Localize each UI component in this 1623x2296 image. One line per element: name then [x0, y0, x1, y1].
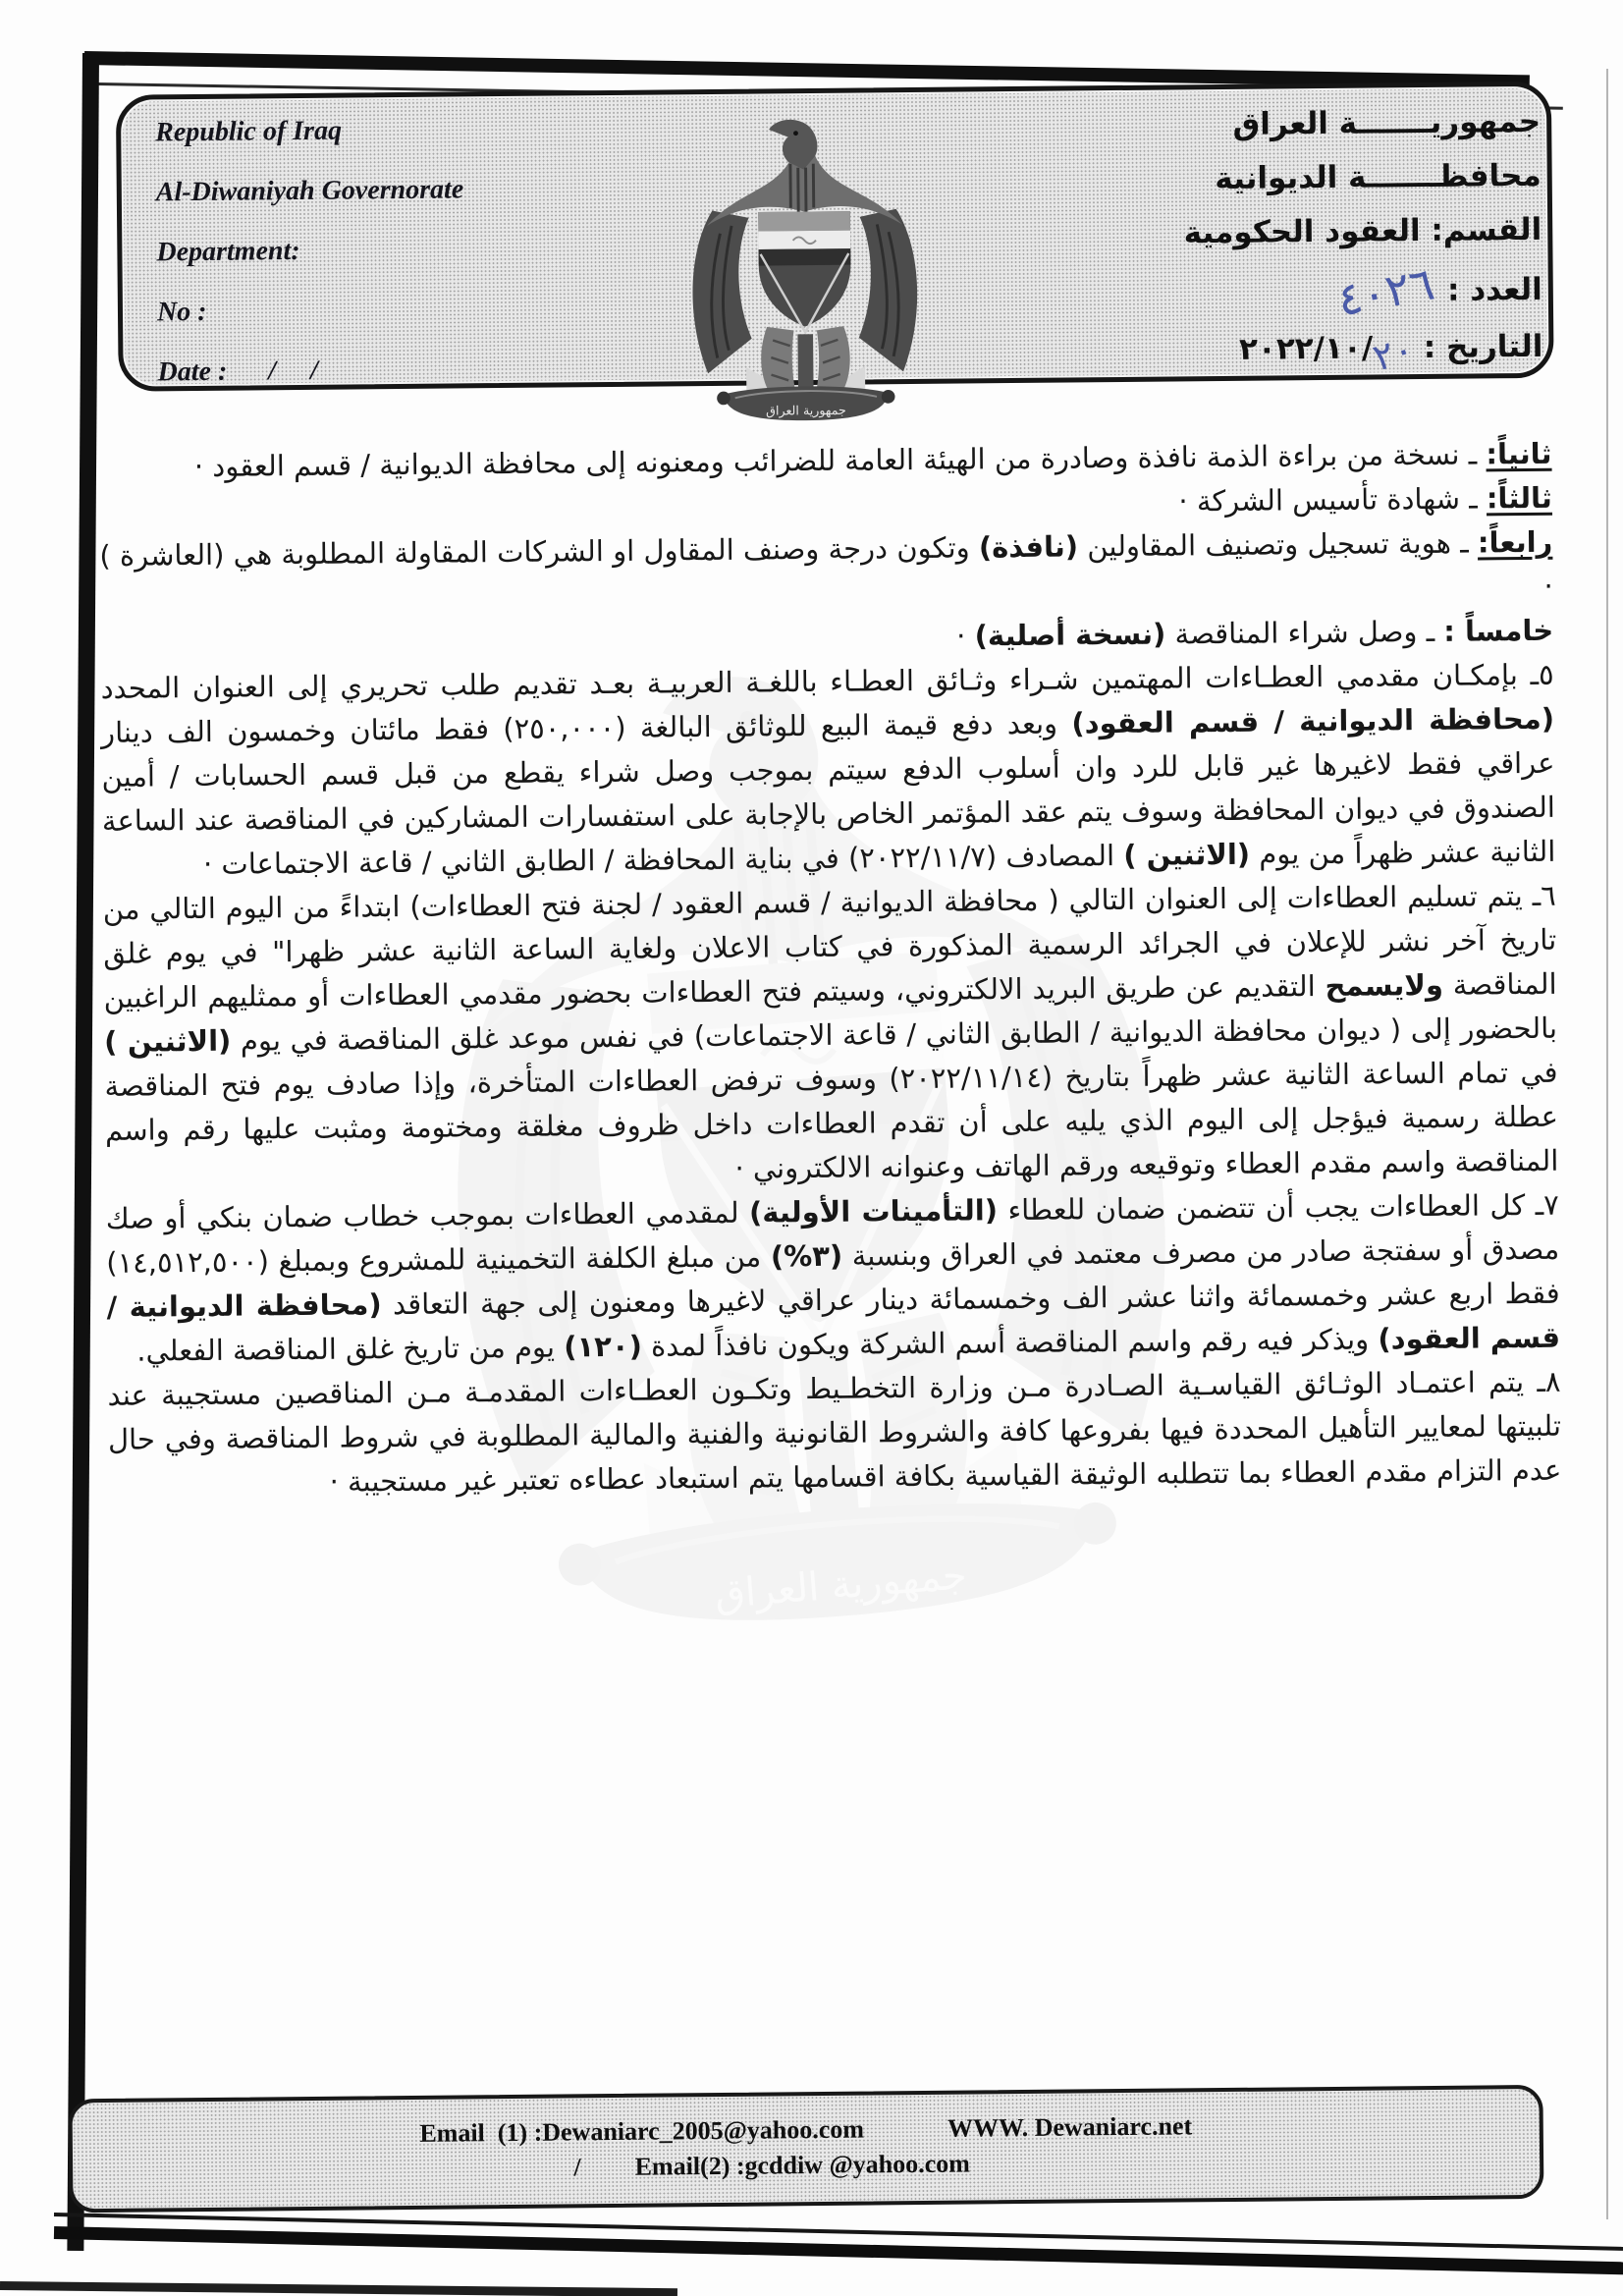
- text-segment: ـ شهادة تأسيس الشركة ·: [1178, 481, 1487, 518]
- paragraph: ٧ـ كل العطاءات يجب أن تتضمن ضمان للعطاء …: [106, 1183, 1561, 1374]
- letterhead-number-line: العدد : ٤٠٢٦: [1184, 265, 1542, 311]
- text-segment: ٨ـ يتم اعتمـاد الوثـائق القياسـية الصـاد…: [107, 1365, 1561, 1499]
- letterhead-date-line: التاريخ : ٢٠٢٢/١٠/٢٠: [1185, 325, 1543, 368]
- paragraph: رابعاً: ـ هوية تسجيل وتصنيف المقاولين (ن…: [99, 520, 1553, 623]
- paragraph: ٥ـ بإمكـان مقدمي العطـاءات المهتمين شـرا…: [100, 653, 1555, 888]
- text-segment: خامساً :: [1443, 614, 1553, 648]
- text-segment: (الاثنين ): [104, 1024, 232, 1059]
- letterhead-date-en: Date : / /: [157, 353, 465, 389]
- text-segment: (التأمينات الأولية): [749, 1193, 998, 1229]
- text-segment: ـ هوية تسجيل وتصنيف المقاولين: [1078, 525, 1478, 563]
- text-segment: ثانياً:: [1486, 437, 1551, 471]
- date-label: التاريخ :: [1424, 329, 1543, 365]
- text-segment: رابعاً:: [1478, 525, 1553, 560]
- text-segment: ·: [956, 619, 975, 652]
- date-printed: ٢٠٢٢/١٠/: [1239, 331, 1374, 367]
- letterhead-english: Republic of Iraq Al-Diwaniyah Governorat…: [155, 113, 465, 415]
- letterhead-country-ar: جمهوريـــــــة العراق: [1182, 103, 1541, 143]
- footer-slash: /: [573, 2153, 581, 2181]
- date-value: ٢٠٢٢/١٠/٢٠: [1239, 330, 1413, 367]
- text-segment: المصادف (٢٠٢٢/١١/٧) في بناية المحافظة / …: [203, 839, 1124, 881]
- paragraph: ٨ـ يتم اعتمـاد الوثـائق القياسـية الصـاد…: [107, 1360, 1561, 1506]
- letterhead-governorate-en: Al-Diwaniyah Governorate: [156, 173, 464, 209]
- letterhead-department-ar: القسم: العقود الحكومية: [1184, 211, 1542, 251]
- handwritten-date-day: ٢٠: [1369, 330, 1418, 377]
- footer-website: WWW. Dewaniarc.net: [947, 2111, 1192, 2142]
- number-label: العدد :: [1447, 272, 1542, 308]
- text-segment: ويذكر فيه رقم واسم المناقصة أسم الشركة و…: [642, 1323, 1379, 1363]
- footer-email-2: Email(2) :gcddiw @yahoo.com: [634, 2150, 969, 2181]
- letterhead-department-en: Department:: [156, 233, 464, 269]
- letterhead-governorate-ar: محافظـــــــة الديوانية: [1183, 157, 1542, 197]
- iraq-coat-of-arms-icon: [650, 101, 959, 436]
- letterhead-country-en: Republic of Iraq: [155, 113, 463, 149]
- text-segment: في تمام الساعة الثانية عشر ظهراً بتاريخ …: [104, 1056, 1558, 1185]
- text-segment: ٥ـ بإمكـان مقدمي العطـاءات المهتمين شـرا…: [100, 658, 1553, 705]
- text-segment: ـ وصل شراء المناقصة: [1165, 615, 1443, 651]
- text-segment: (الاثنين ): [1123, 838, 1250, 872]
- letterhead-number-en: No :: [157, 293, 465, 329]
- text-segment: يوم من تاريخ غلق المناقصة الفعلي.: [136, 1330, 564, 1367]
- handwritten-number: ٤٠٢٦: [1334, 264, 1436, 318]
- text-segment: (محافظة الديوانية / قسم العقود): [1071, 702, 1554, 740]
- text-segment: (نافذة): [979, 529, 1078, 564]
- footer-contact-box: Email (1) :Dewaniarc_2005@yahoo.comWWW. …: [68, 2085, 1543, 2213]
- text-segment: ـ نسخة من براءة الذمة نافذة وصادرة من ال…: [194, 437, 1487, 483]
- text-segment: ٧ـ كل العطاءات يجب أن تتضمن ضمان للعطاء: [998, 1188, 1559, 1227]
- letterhead-arabic: جمهوريـــــــة العراق محافظـــــــة الدي…: [1182, 103, 1542, 385]
- footer-line-2: /Email(2) :gcddiw @yahoo.com: [38, 2144, 1505, 2187]
- text-segment: (%٣): [771, 1239, 843, 1274]
- footer-email-1: Email (1) :Dewaniarc_2005@yahoo.com: [419, 2115, 864, 2148]
- scanned-document-page: Republic of Iraq Al-Diwaniyah Governorat…: [0, 0, 1623, 2296]
- body-paragraphs: ثانياً: ـ نسخة من براءة الذمة نافذة وصاد…: [98, 432, 1561, 1506]
- page-content: Republic of Iraq Al-Diwaniyah Governorat…: [0, 0, 1623, 2296]
- text-segment: (١٢٠): [564, 1330, 642, 1364]
- paragraph: ٦ـ يتم تسليم العطاءات إلى العنوان التالي…: [103, 874, 1559, 1197]
- text-segment: ثالثاً:: [1487, 481, 1552, 516]
- text-segment: ولايسمح: [1325, 968, 1443, 1003]
- text-segment: (نسخة أصلية): [974, 618, 1165, 653]
